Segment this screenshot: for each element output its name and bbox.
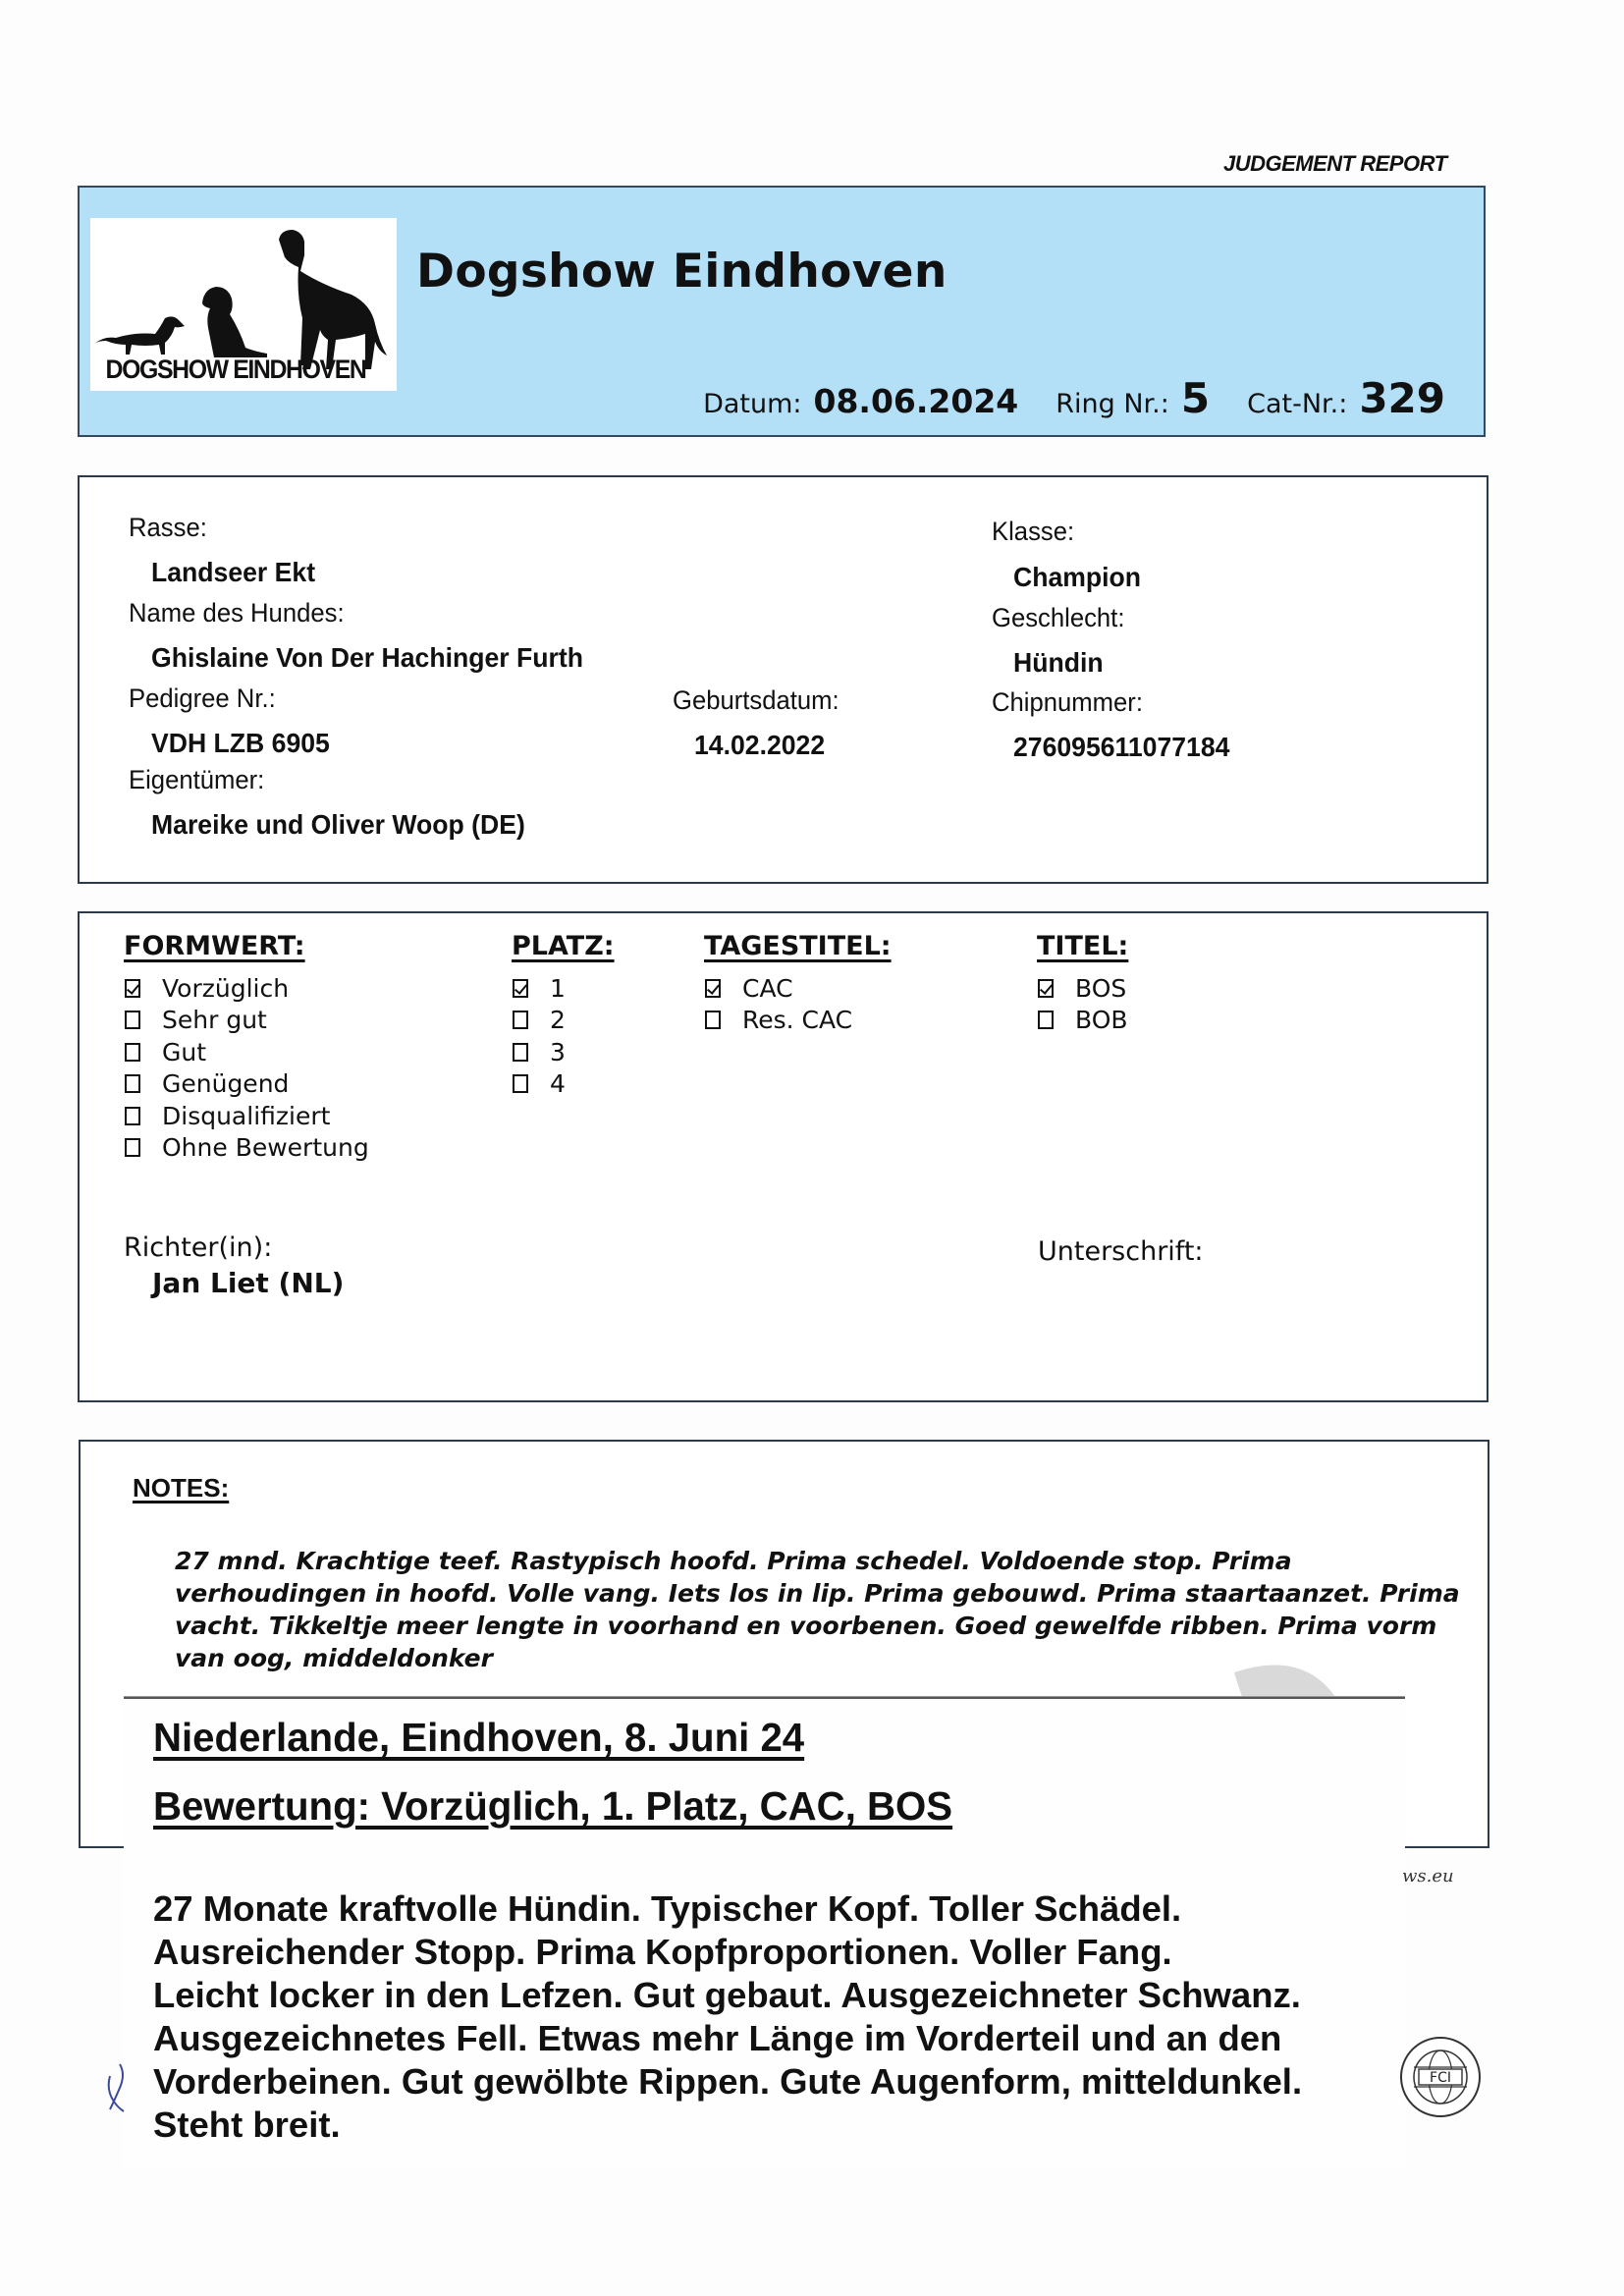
unchecked-checkbox-icon[interactable] [513,1043,528,1062]
unchecked-checkbox-icon[interactable] [705,1011,721,1029]
dog-name-value: Ghislaine Von Der Hachinger Furth [151,642,583,674]
pedigree-label: Pedigree Nr.: [129,683,276,714]
option-item[interactable]: BOS [1038,972,1128,1005]
titel-heading: TITEL: [1037,931,1128,961]
option-label: Res. CAC [742,1006,852,1034]
option-item[interactable]: Disqualifiziert [125,1100,369,1132]
translation-location: Niederlande, Eindhoven, 8. Juni 24 [153,1715,804,1761]
pedigree-value: VDH LZB 6905 [151,728,330,759]
checked-checkbox-icon[interactable] [1038,979,1054,998]
show-logo: DOGSHOW EINDHOVEN [90,218,397,391]
translation-line: Ausgezeichnetes Fell. Etwas mehr Länge i… [153,2017,1405,2060]
dog-name-label: Name des Hundes: [129,598,345,629]
unchecked-checkbox-icon[interactable] [125,1107,140,1125]
svg-text:FCI: FCI [1430,2070,1451,2086]
date-label: Datum: [703,389,801,419]
option-item[interactable]: 1 [513,972,566,1005]
checked-checkbox-icon[interactable] [705,979,721,998]
notes-text: 27 mnd. Krachtige teef. Rastypisch hoofd… [175,1545,1471,1674]
option-item[interactable]: BOB [1038,1005,1128,1037]
option-item[interactable]: Res. CAC [705,1005,852,1037]
option-label: BOB [1075,1006,1128,1034]
formwert-options: VorzüglichSehr gutGutGenügendDisqualifiz… [125,972,369,1164]
option-label: 1 [550,974,566,1003]
birthdate-label: Geburtsdatum: [673,685,839,716]
titel-options: BOSBOB [1038,972,1128,1036]
chip-value: 276095611077184 [1013,732,1229,763]
option-item[interactable]: 2 [513,1005,566,1037]
footer-url: ws.eu [1402,1866,1454,1886]
option-label: 4 [550,1069,566,1098]
option-item[interactable]: Vorzüglich [125,972,369,1005]
sex-value: Hündin [1013,647,1104,679]
option-label: Gut [162,1038,206,1066]
unchecked-checkbox-icon[interactable] [125,1043,140,1062]
birthdate-value: 14.02.2022 [694,730,825,761]
checked-checkbox-icon[interactable] [125,979,140,998]
platz-options: 1234 [513,972,566,1100]
chip-label: Chipnummer: [992,687,1143,718]
option-item[interactable]: 4 [513,1068,566,1101]
ring-label: Ring Nr.: [1056,389,1169,419]
judge-label: Richter(in): [124,1232,272,1263]
option-item[interactable]: Genügend [125,1068,369,1101]
dog-details-panel: Rasse: Landseer Ekt Name des Hundes: Ghi… [78,475,1489,884]
translation-result: Bewertung: Vorzüglich, 1. Platz, CAC, BO… [153,1783,952,1830]
option-label: 2 [550,1006,566,1034]
logo-text: DOGSHOW EINDHOVEN [100,355,371,385]
cat-value: 329 [1359,374,1445,422]
unchecked-checkbox-icon[interactable] [513,1074,528,1093]
tagestitel-heading: TAGESTITEL: [704,931,892,961]
sex-label: Geschlecht: [992,603,1124,633]
cat-label: Cat-Nr.: [1247,389,1347,419]
judge-value: Jan Liet (NL) [152,1267,344,1299]
owner-value: Mareike und Oliver Woop (DE) [151,809,525,841]
owner-label: Eigentümer: [129,765,264,795]
option-label: Vorzüglich [162,974,289,1003]
unchecked-checkbox-icon[interactable] [125,1074,140,1093]
option-item[interactable]: Ohne Bewertung [125,1132,369,1165]
translation-sheet: Niederlande, Eindhoven, 8. Juni 24 Bewer… [124,1697,1405,2170]
translation-text: 27 Monate kraftvolle Hündin. Typischer K… [153,1887,1405,2147]
option-label: Disqualifiziert [162,1102,330,1130]
class-label: Klasse: [992,517,1074,547]
translation-line: Steht breit. [153,2104,1405,2147]
pen-mark-icon [106,2062,128,2115]
report-type-label: JUDGEMENT REPORT [1223,151,1447,177]
show-title: Dogshow Eindhoven [416,245,947,299]
option-item[interactable]: CAC [705,972,852,1005]
option-label: CAC [742,974,793,1003]
translation-line: Leicht locker in den Lefzen. Gut gebaut.… [153,1974,1405,2017]
translation-line: Vorderbeinen. Gut gewölbte Rippen. Gute … [153,2060,1405,2104]
show-header: DOGSHOW EINDHOVEN Dogshow Eindhoven Datu… [78,186,1486,437]
option-item[interactable]: Sehr gut [125,1005,369,1037]
formwert-heading: FORMWERT: [124,931,305,961]
signature-label: Unterschrift: [1038,1236,1204,1267]
evaluation-panel: FORMWERT: VorzüglichSehr gutGutGenügendD… [78,911,1489,1402]
class-value: Champion [1013,562,1141,593]
tagestitel-options: CACRes. CAC [705,972,852,1036]
option-label: 3 [550,1038,566,1066]
option-label: Sehr gut [162,1006,267,1034]
translation-line: 27 Monate kraftvolle Hündin. Typischer K… [153,1887,1405,1931]
ring-value: 5 [1181,374,1210,422]
fci-seal-icon: FCI [1399,2036,1482,2118]
translation-line: Ausreichender Stopp. Prima Kopfproportio… [153,1931,1405,1974]
notes-heading: NOTES: [133,1473,229,1503]
option-item[interactable]: Gut [125,1036,369,1068]
breed-value: Landseer Ekt [151,557,315,588]
option-label: Ohne Bewertung [162,1133,369,1162]
option-label: BOS [1075,974,1126,1003]
unchecked-checkbox-icon[interactable] [125,1011,140,1029]
checked-checkbox-icon[interactable] [513,979,528,998]
show-meta: Datum: 08.06.2024 Ring Nr.: 5 Cat-Nr.: 3… [703,374,1445,422]
unchecked-checkbox-icon[interactable] [1038,1011,1054,1029]
breed-label: Rasse: [129,513,207,543]
platz-heading: PLATZ: [512,931,615,961]
unchecked-checkbox-icon[interactable] [125,1138,140,1157]
unchecked-checkbox-icon[interactable] [513,1011,528,1029]
date-value: 08.06.2024 [814,382,1019,420]
option-item[interactable]: 3 [513,1036,566,1068]
option-label: Genügend [162,1069,289,1098]
